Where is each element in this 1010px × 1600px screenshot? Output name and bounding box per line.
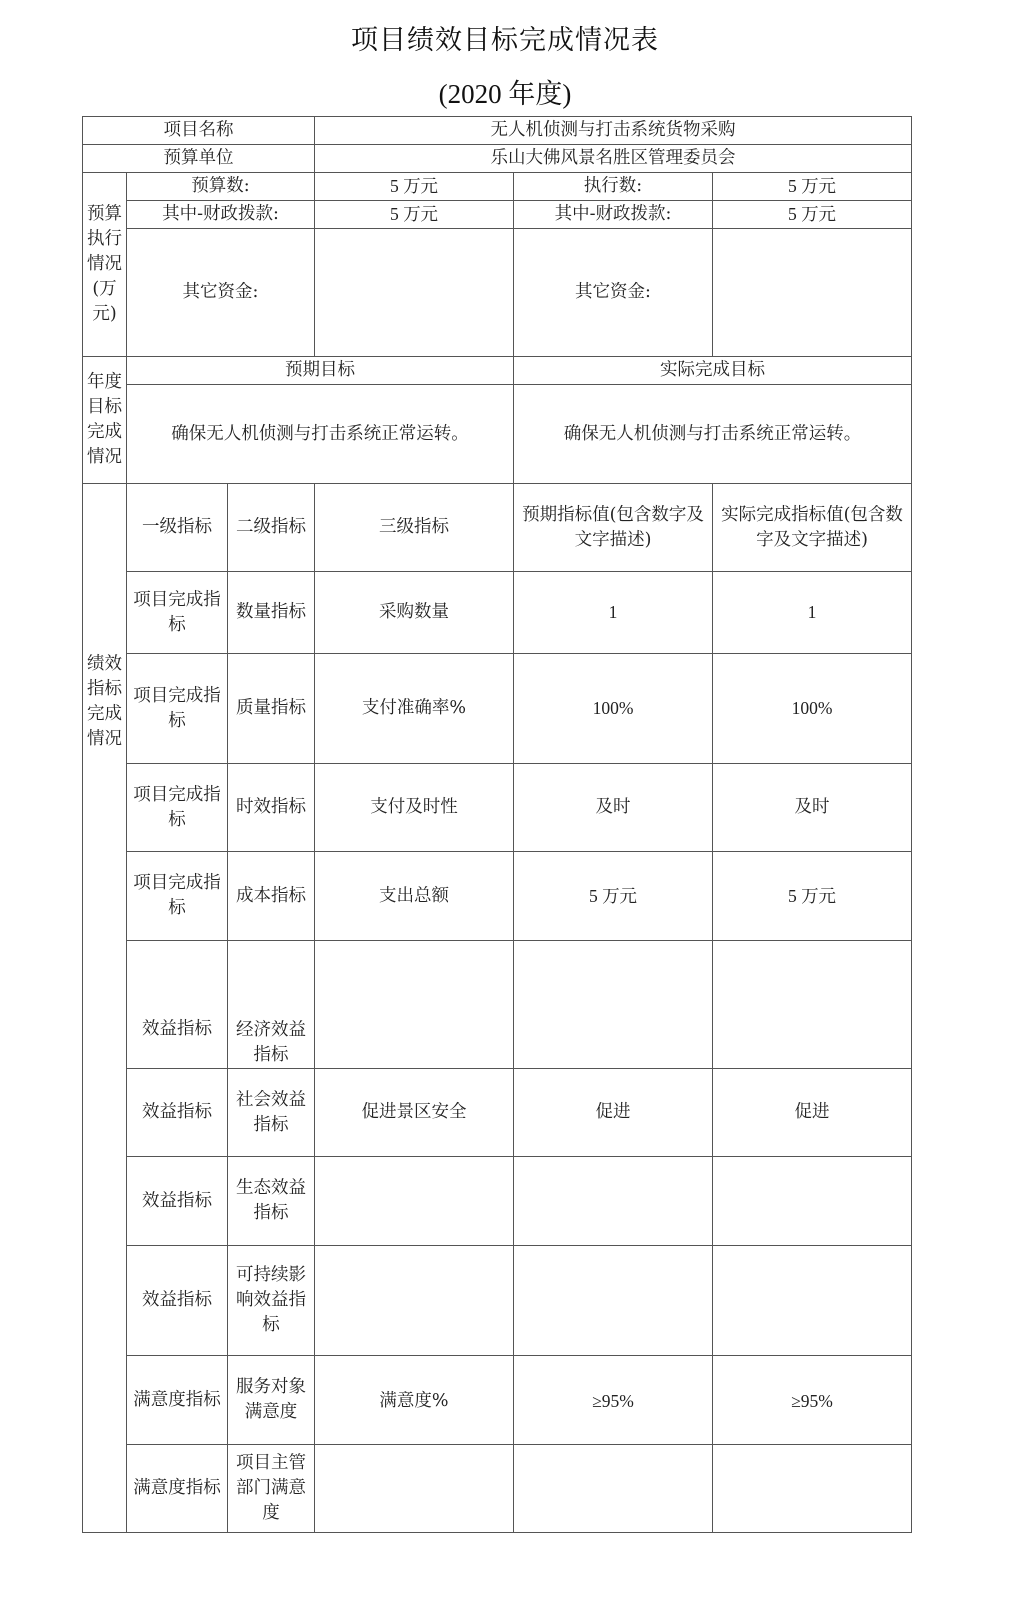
performance-table: 项目名称 无人机侦测与打击系统货物采购 预算单位 乐山大佛风景名胜区管理委员会 …	[82, 116, 912, 1533]
table-row: 满意度指标 服务对象满意度 满意度% ≥95% ≥95%	[83, 1356, 912, 1445]
expected-value-cell	[514, 1445, 713, 1533]
column-header-level1: 一级指标	[127, 484, 228, 572]
actual-value-cell: 100%	[713, 654, 912, 764]
actual-value-cell: 5 万元	[713, 852, 912, 941]
other-funds-label-left: 其它资金:	[127, 229, 315, 357]
level2-cell: 成本指标	[228, 852, 315, 941]
row-annual-goal-values: 确保无人机侦测与打击系统正常运转。 确保无人机侦测与打击系统正常运转。	[83, 385, 912, 484]
budget-amount-value: 5 万元	[315, 173, 514, 201]
level2-cell: 生态效益指标	[228, 1157, 315, 1246]
actual-value-cell: ≥95%	[713, 1356, 912, 1445]
level2-cell: 可持续影响效益指标	[228, 1246, 315, 1356]
level3-cell: 支出总额	[315, 852, 514, 941]
level2-cell: 数量指标	[228, 572, 315, 654]
row-annual-goal-header: 年度目标完成情况 预期目标 实际完成目标	[83, 357, 912, 385]
level2-cell: 项目主管部门满意度	[228, 1445, 315, 1533]
actual-value-cell: 1	[713, 572, 912, 654]
row-indicator-header: 绩效指标完成情况 一级指标 二级指标 三级指标 预期指标值(包含数字及文字描述)…	[83, 484, 912, 572]
actual-value-cell	[713, 1246, 912, 1356]
expected-value-cell: 促进	[514, 1069, 713, 1157]
level1-cell: 项目完成指标	[127, 654, 228, 764]
column-header-expected: 预期指标值(包含数字及文字描述)	[514, 484, 713, 572]
expected-value-cell: 及时	[514, 764, 713, 852]
table-row: 项目完成指标 质量指标 支付准确率% 100% 100%	[83, 654, 912, 764]
exec-amount-value: 5 万元	[713, 173, 912, 201]
fiscal-label-left: 其中-财政拨款:	[127, 201, 315, 229]
level1-cell: 项目完成指标	[127, 764, 228, 852]
level2-cell: 服务对象满意度	[228, 1356, 315, 1445]
level1-cell: 效益指标	[127, 941, 228, 1069]
page-title: 项目绩效目标完成情况表	[0, 18, 1010, 57]
expected-goal-header: 预期目标	[127, 357, 514, 385]
table-row: 效益指标 可持续影响效益指标	[83, 1246, 912, 1356]
expected-value-cell	[514, 941, 713, 1069]
row-budget-unit: 预算单位 乐山大佛风景名胜区管理委员会	[83, 145, 912, 173]
table-row: 效益指标 生态效益指标	[83, 1157, 912, 1246]
budget-section-label: 预算执行情况(万元)	[83, 173, 127, 357]
fiscal-value-left: 5 万元	[315, 201, 514, 229]
fiscal-value-right: 5 万元	[713, 201, 912, 229]
expected-value-cell: 5 万元	[514, 852, 713, 941]
table-row: 效益指标 社会效益指标 促进景区安全 促进 促进	[83, 1069, 912, 1157]
level1-cell: 项目完成指标	[127, 852, 228, 941]
level1-cell: 效益指标	[127, 1246, 228, 1356]
column-header-level2: 二级指标	[228, 484, 315, 572]
level3-cell: 采购数量	[315, 572, 514, 654]
level2-cell: 社会效益指标	[228, 1069, 315, 1157]
actual-value-cell	[713, 1445, 912, 1533]
level3-cell	[315, 1246, 514, 1356]
budget-unit-label: 预算单位	[83, 145, 315, 173]
row-fiscal-allocation: 其中-财政拨款: 5 万元 其中-财政拨款: 5 万元	[83, 201, 912, 229]
row-project-name: 项目名称 无人机侦测与打击系统货物采购	[83, 117, 912, 145]
level1-cell: 满意度指标	[127, 1445, 228, 1533]
expected-value-cell	[514, 1157, 713, 1246]
actual-goal-value: 确保无人机侦测与打击系统正常运转。	[514, 385, 912, 484]
table-row: 项目完成指标 成本指标 支出总额 5 万元 5 万元	[83, 852, 912, 941]
project-name-label: 项目名称	[83, 117, 315, 145]
budget-unit-value: 乐山大佛风景名胜区管理委员会	[315, 145, 912, 173]
actual-value-cell: 促进	[713, 1069, 912, 1157]
page-subtitle-year: (2020 年度)	[0, 72, 1010, 111]
actual-value-cell	[713, 941, 912, 1069]
fiscal-label-right: 其中-财政拨款:	[514, 201, 713, 229]
project-name-value: 无人机侦测与打击系统货物采购	[315, 117, 912, 145]
level3-cell	[315, 1157, 514, 1246]
exec-amount-label: 执行数:	[514, 173, 713, 201]
budget-amount-label: 预算数:	[127, 173, 315, 201]
column-header-actual: 实际完成指标值(包含数字及文字描述)	[713, 484, 912, 572]
table-row: 满意度指标 项目主管部门满意度	[83, 1445, 912, 1533]
actual-value-cell: 及时	[713, 764, 912, 852]
row-budget-amount: 预算执行情况(万元) 预算数: 5 万元 执行数: 5 万元	[83, 173, 912, 201]
other-funds-value-right	[713, 229, 912, 357]
level1-cell: 效益指标	[127, 1157, 228, 1246]
level3-cell: 支付及时性	[315, 764, 514, 852]
level2-cell: 质量指标	[228, 654, 315, 764]
table-row: 效益指标 经济效益指标	[83, 941, 912, 1069]
level2-cell: 经济效益指标	[228, 941, 315, 1069]
level1-cell: 效益指标	[127, 1069, 228, 1157]
row-other-funds: 其它资金: 其它资金:	[83, 229, 912, 357]
expected-value-cell: 100%	[514, 654, 713, 764]
performance-section-label: 绩效指标完成情况	[83, 484, 127, 1533]
level1-cell: 满意度指标	[127, 1356, 228, 1445]
actual-goal-header: 实际完成目标	[514, 357, 912, 385]
actual-value-cell	[713, 1157, 912, 1246]
column-header-level3: 三级指标	[315, 484, 514, 572]
level3-cell: 支付准确率%	[315, 654, 514, 764]
table-row: 项目完成指标 数量指标 采购数量 1 1	[83, 572, 912, 654]
level3-cell	[315, 1445, 514, 1533]
other-funds-value-left	[315, 229, 514, 357]
expected-goal-value: 确保无人机侦测与打击系统正常运转。	[127, 385, 514, 484]
level1-cell: 项目完成指标	[127, 572, 228, 654]
level2-cell: 时效指标	[228, 764, 315, 852]
expected-value-cell	[514, 1246, 713, 1356]
table-row: 项目完成指标 时效指标 支付及时性 及时 及时	[83, 764, 912, 852]
annual-goal-section-label: 年度目标完成情况	[83, 357, 127, 484]
expected-value-cell: 1	[514, 572, 713, 654]
level3-cell	[315, 941, 514, 1069]
level3-cell: 促进景区安全	[315, 1069, 514, 1157]
other-funds-label-right: 其它资金:	[514, 229, 713, 357]
expected-value-cell: ≥95%	[514, 1356, 713, 1445]
level3-cell: 满意度%	[315, 1356, 514, 1445]
